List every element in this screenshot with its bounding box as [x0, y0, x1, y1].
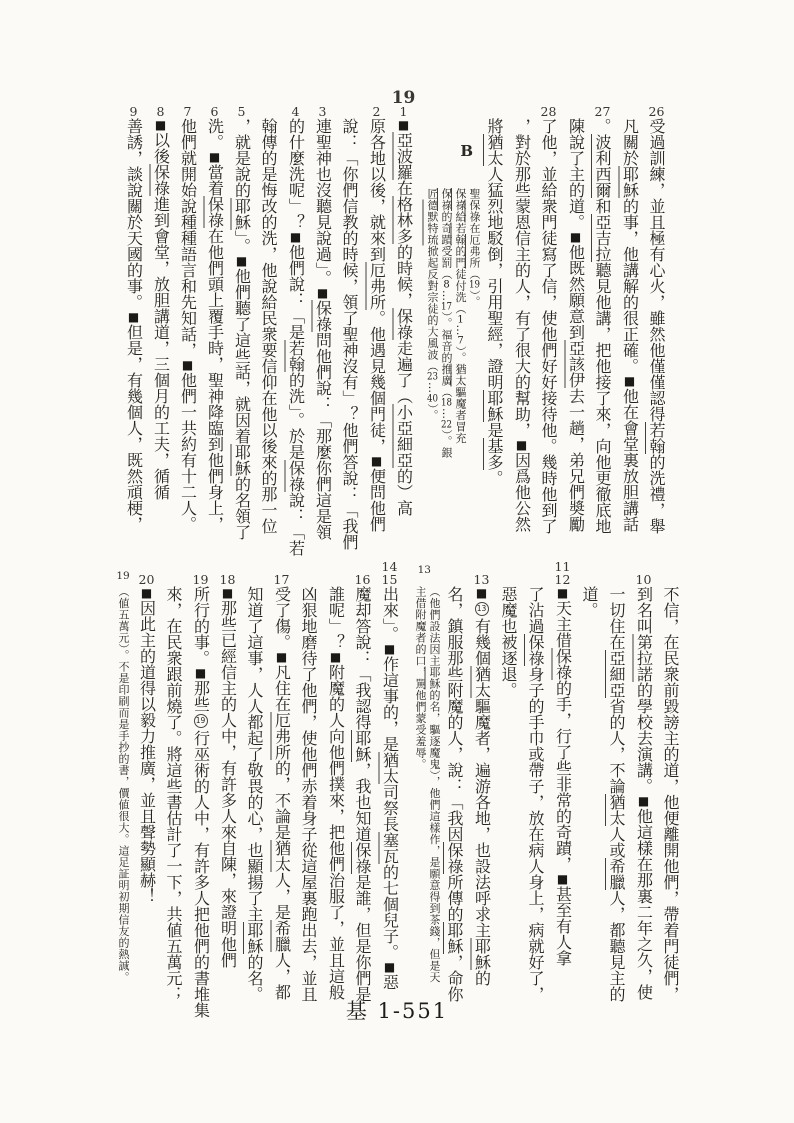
verse-start-marker: ■	[370, 454, 384, 468]
footnote-verse-13: 13 （他們設法因主耶穌的名，驅逐魔鬼），他們這樣作，是願意得到茶錢，但是天 主…	[403, 552, 441, 983]
verse-column: 14 15 出來」。■作這事的，是猶太司祭長塞瓦的七個兒子。■惡	[376, 552, 403, 990]
verse-start-marker: ■	[289, 230, 303, 244]
verse-text: 凡關於耶穌的事，他講解的很正確。■他在會堂裏放胆講話	[616, 118, 644, 532]
verse-number-label: 28	[541, 84, 557, 118]
verse-number-label: 10	[636, 552, 652, 586]
footnote-ref-13: 13	[475, 602, 489, 616]
verse-number-label: 11 12	[555, 552, 571, 586]
verse-number: 15	[382, 573, 398, 586]
verse-text: 善誘，談說關於天國的事。■但是，有幾個人，既然頑梗，	[120, 118, 148, 532]
verse-column: 4 的什麼洗呢」？■他們說：「是若翰的洗」。於是保祿說：「若	[282, 84, 309, 556]
section-outline: B 聖保祿在厄弗所（19）。 保祿給若翰的門徒付洗（1…7）。猶太驅魔者冒充 保…	[417, 84, 481, 459]
outline-column: 保祿的奇蹟受罰（8…17）。福音的推廣（18…22）。銀	[439, 188, 453, 459]
verse-start-marker: ■	[181, 358, 195, 372]
verse-text: ■天主借保祿的手，行了些非常的奇蹟，■甚至有人拿	[549, 586, 577, 966]
verse-number-label: 26	[649, 84, 665, 118]
verse-number-label: 16	[355, 552, 371, 586]
verse-start-marker: ■	[515, 438, 529, 452]
verse-number: 27	[595, 105, 611, 118]
verse-column: 說：「你們信教的時候，領了聖神沒有」？他們答說：「我們	[336, 84, 363, 550]
verse-column: 7 他們就開始說種種語言和先知話，■他們一共約有十二人。	[174, 84, 201, 532]
verse-column: 了沾過保祿身子的手巾或帶子，放在病人身上，病就好了，	[522, 552, 549, 1002]
scripture-band-top: 26 受過訓練，並且極有心火，雖然他僅僅認得若翰的洗禮，舉 凡關於耶穌的事，他講…	[120, 84, 670, 550]
verse-column: 2 原各地以後，就來到厄弗所。他遇見幾個門徒，■便問他們	[363, 84, 390, 532]
verse-start-marker: ■	[208, 150, 222, 164]
verse-text: 。波利西爾和亞吉拉聽見他講，把他接了來，向他更徹底地	[589, 118, 616, 534]
verse-column: 6 洗。■當着保祿在他們頭上覆手時，聖神降臨到他們身上，	[201, 84, 228, 532]
verse-text: 將猶太人猛烈地駁倒，引用聖經，證明耶穌是基多。	[481, 118, 508, 486]
verse-text: 洗。■當着保祿在他們頭上覆手時，聖神降臨到他們身上，	[201, 118, 229, 532]
verse-start-marker: ■	[569, 230, 583, 244]
verse-column: 13 ■13有幾個猶太驅魔者，遍游各地，也設法呼求主耶穌的	[468, 552, 495, 986]
verse-number: 3	[319, 105, 327, 118]
verse-text: ■因此主的道得以毅力推廣，並且聲勢顯赫！	[133, 586, 161, 904]
verse-column: 不信，在民衆前毀謗主的道，他便離開他們，帶着門徒們，	[657, 552, 684, 1002]
footnote-text: （値五萬元）。不是印刷而是手抄的書，價値很大。這足証明初期信友的熱誠。	[116, 586, 130, 983]
verse-number-label: 4	[292, 84, 300, 118]
verse-start-marker: ■	[556, 586, 570, 600]
verse-text: 惡魔也被逐退。	[495, 586, 522, 698]
verse-number: 12	[555, 573, 571, 586]
footnote-number: 19	[116, 570, 129, 586]
verse-text: 說：「你們信教的時候，領了聖神沒有」？他們答說：「我們	[336, 118, 363, 550]
verse-number: 19	[193, 573, 209, 586]
verse-number-label: 13	[474, 552, 490, 586]
verse-column: 20 ■因此主的道得以毅力推廣，並且聲勢顯赫！	[133, 552, 160, 904]
verse-text: 翰傳的是悔改的洗，他說給民衆要信仰在他以後來的那一位	[255, 118, 282, 534]
verse-column: 10 到名叫第拉諾的學校去演講。■他這樣在那裏二年之久，使	[630, 552, 657, 1000]
verse-column: 凡關於耶穌的事，他講解的很正確。■他在會堂裏放胆講話	[616, 84, 643, 532]
verse-number: 17	[274, 573, 290, 586]
verse-text: ■13有幾個猶太驅魔者，遍游各地，也設法呼求主耶穌的	[468, 586, 496, 986]
verse-column: 27 。波利西爾和亞吉拉聽見他講，把他接了來，向他更徹底地	[589, 84, 616, 534]
verse-number: 2	[373, 105, 381, 118]
verse-start-marker: ■	[637, 794, 651, 808]
verse-number: 28	[541, 105, 557, 118]
footnote-ref-19: 19	[194, 714, 208, 728]
verse-text: 陳說了主的道。■他既然願意到亞該伊去一趟，弟兄們奬勵	[562, 118, 590, 532]
verse-start-marker: ■	[194, 666, 208, 680]
verse-number: 13	[474, 573, 490, 586]
chapter-number-label: 19 1	[392, 84, 416, 118]
verse-column: 28 了他，並給衆門徒寫了信，使他們好好接待他。幾時他到了	[535, 84, 562, 534]
verse-number-label: 18	[220, 552, 236, 586]
verse-text: ，就是說的耶穌」。■他們聽了這些話，就因着耶穌的名領了	[228, 118, 256, 540]
verse-number-label: 5	[238, 84, 246, 118]
verse-number-label: 17	[274, 552, 290, 586]
verse-number-label: 3	[319, 84, 327, 118]
outline-column: 保祿給若翰的門徒付洗（1…7）。猶太驅魔者冒充	[453, 188, 467, 459]
verse-start-marker: ■	[221, 586, 235, 600]
verse-number: 18	[220, 573, 236, 586]
verse-start-marker: ■	[383, 960, 397, 974]
verse-column-chapter-start: 19 1 ■亞波羅在格林多的時候，保祿走遍了（小亞細亞的）高	[390, 84, 417, 516]
verse-number-label: 19	[193, 552, 209, 586]
verse-number-label: 6	[211, 84, 219, 118]
verse-number: 16	[355, 573, 371, 586]
verse-column: 名，鎮服那些附魔的人，說：「我因保祿所傳的耶穌，命你	[441, 552, 468, 1002]
verse-text: ■以後保祿進到會堂，放胆講道，三個月的工夫，循循	[147, 118, 175, 500]
outline-text: 聖保祿在厄弗所（19）。	[467, 188, 481, 308]
verse-start-marker: ■	[154, 118, 168, 132]
verse-column: 翰傳的是悔改的洗，他說給民衆要信仰在他以後來的那一位	[255, 84, 282, 534]
verse-start-marker: ■	[397, 118, 411, 132]
verse-column: 17 受了傷。■凡住在厄弗所的，不論是猶太人，是希臘人，都	[268, 552, 295, 1000]
verse-column: 將猶太人猛烈地駁倒，引用聖經，證明耶穌是基多。	[481, 84, 508, 486]
verse-text: 原各地以後，就來到厄弗所。他遇見幾個門徒，■便問他們	[363, 118, 391, 532]
verse-column: 陳說了主的道。■他既然願意到亞該伊去一趟，弟兄們奬勵	[562, 84, 589, 532]
verse-number: 6	[211, 105, 219, 118]
verse-start-marker: ■	[623, 374, 637, 388]
verse-start-marker: ■	[275, 650, 289, 664]
verse-text: 受過訓練，並且極有心火，雖然他僅僅認得若翰的洗禮，舉	[643, 118, 670, 534]
verse-text: 所行的事。■那些19行巫術的人中，有許多人把他們的書堆集	[187, 586, 215, 1018]
scripture-band-bottom: 不信，在民衆前毀謗主的道，他便離開他們，帶着門徒們， 10 到名叫第拉諾的學校去…	[113, 552, 684, 1022]
verse-column: 知道了這事，人人都起了敬畏的心，也顯揚了主耶穌的名。	[241, 552, 268, 1002]
outline-column: 聖保祿在厄弗所（19）。	[467, 188, 481, 459]
verse-text: 誰呢」？■附魔的人向他們撲來，把他們治服了，並且這般	[322, 586, 350, 1000]
page-number: 基 1-551	[0, 995, 794, 1025]
outline-text: 保祿給若翰的門徒付洗（1…7）。猶太驅魔者冒充	[453, 188, 467, 444]
verse-column: 凶狠地磨待了他們，使他們赤着身子從這屋裏跑出去，並且	[295, 552, 322, 1002]
verse-text: 道。	[576, 586, 603, 618]
first-verse-number: 1	[400, 105, 408, 118]
verse-start-marker: ■	[329, 650, 343, 664]
footnote-verse-19: 19 （値五萬元）。不是印刷而是手抄的書，價値很大。這足証明初期信友的熱誠。	[113, 552, 133, 983]
verse-column: 誰呢」？■附魔的人向他們撲來，把他們治服了，並且這般	[322, 552, 349, 1000]
verse-number-label: 14 15	[382, 552, 398, 586]
verse-text: 出來」。■作這事的，是猶太司祭長塞瓦的七個兒子。■惡	[376, 586, 404, 990]
verse-column: 19 所行的事。■那些19行巫術的人中，有許多人把他們的書堆集	[187, 552, 214, 1018]
verse-column: 惡魔也被逐退。	[495, 552, 522, 698]
verse-column: 18 ■那些已經信主的人中，有許多人來自陳，來證明他們	[214, 552, 241, 968]
verse-column: 5 ，就是說的耶穌」。■他們聽了這些話，就因着耶穌的名領了	[228, 84, 255, 540]
verse-text: 了沾過保祿身子的手巾或帶子，放在病人身上，病就好了，	[522, 586, 549, 1002]
verse-column: 9 善誘，談說關於天國的事。■但是，有幾個人，既然頑梗，	[120, 84, 147, 532]
verse-start-marker: ■	[556, 872, 570, 886]
verse-number: 8	[157, 105, 165, 118]
outline-text: 匠德默特琉掀起反對宗徒的大風波（23…40）。	[425, 188, 439, 421]
verse-text: 了他，並給衆門徒寫了信，使他們好好接待他。幾時他到了	[535, 118, 562, 534]
verse-text: 連聖神也沒聽見說過」。■保祿問他們說：「那麼你們這是領	[309, 118, 337, 540]
verse-text: 他們就開始說種種語言和先知話，■他們一共約有十二人。	[174, 118, 202, 532]
verse-start-marker: ■	[127, 310, 141, 324]
verse-number: 7	[184, 105, 192, 118]
verse-text: 來，在民衆跟前燒了。將這些書估計了一下，共値五萬元；	[160, 586, 187, 1002]
outline-text: 保祿的奇蹟受罰（8…17）。福音的推廣（18…22）。銀	[439, 188, 453, 459]
verse-column: 一切住在亞細亞省的人，不論猶太人或希臘人，都聽見主的	[603, 552, 630, 1002]
verse-column: 道。	[576, 552, 603, 618]
section-letter: B	[417, 84, 481, 160]
verse-text: 知道了這事，人人都起了敬畏的心，也顯揚了主耶穌的名。	[241, 586, 268, 1002]
verse-number-label: 2	[373, 84, 381, 118]
verse-text: 凶狠地磨待了他們，使他們赤着身子從這屋裏跑出去，並且	[295, 586, 322, 1002]
verse-column: 8 ■以後保祿進到會堂，放胆講道，三個月的工夫，循循	[147, 84, 174, 500]
verse-column: 16 魔却答說：「我認得耶穌，我也知道保祿是誰，但是你們是	[349, 552, 376, 1002]
footnote-columns: （他們設法因主耶穌的名，驅逐魔鬼），他們這樣作，是願意得到茶錢，但是天 主借附魔…	[403, 586, 441, 983]
verse-number-label: 27	[595, 84, 611, 118]
verse-column: 11 12 ■天主借保祿的手，行了些非常的奇蹟，■甚至有人拿	[549, 552, 576, 966]
verse-start-marker: ■	[140, 586, 154, 600]
verse-text: 一切住在亞細亞省的人，不論猶太人或希臘人，都聽見主的	[603, 586, 630, 1002]
verse-start-marker: ■	[316, 286, 330, 300]
verse-text: 不信，在民衆前毀謗主的道，他便離開他們，帶着門徒們，	[657, 586, 684, 1002]
verse-number-label: 20	[139, 552, 155, 586]
verse-start-marker: ■	[235, 254, 249, 268]
verse-text: 的什麼洗呢」？■他們說：「是若翰的洗」。於是保祿說：「若	[282, 118, 310, 556]
verse-column: 26 受過訓練，並且極有心火，雖然他僅僅認得若翰的洗禮，舉	[643, 84, 670, 534]
verse-number-label: 9	[130, 84, 138, 118]
verse-text: ■那些已經信主的人中，有許多人來自陳，來證明他們	[214, 586, 242, 968]
verse-column: 來，在民衆跟前燒了。將這些書估計了一下，共値五萬元；	[160, 552, 187, 1002]
outline-column: 匠德默特琉掀起反對宗徒的大風波（23…40）。	[425, 188, 439, 459]
verse-text: 名，鎮服那些附魔的人，說：「我因保祿所傳的耶穌，命你	[441, 586, 468, 1002]
section-outline-columns: 聖保祿在厄弗所（19）。 保祿給若翰的門徒付洗（1…7）。猶太驅魔者冒充 保祿的…	[417, 188, 481, 459]
verse-number: 9	[130, 105, 138, 118]
footnote-text: （他們設法因主耶穌的名，驅逐魔鬼），他們這樣作，是願意得到茶錢，但是天	[427, 586, 441, 983]
verse-number: 5	[238, 105, 246, 118]
verse-text: 到名叫第拉諾的學校去演講。■他這樣在那裏二年之久，使	[630, 586, 658, 1000]
verse-column: 3 連聖神也沒聽見說過」。■保祿問他們說：「那麼你們這是領	[309, 84, 336, 540]
verse-text: 受了傷。■凡住在厄弗所的，不論是猶太人，是希臘人，都	[268, 586, 296, 1000]
verse-start-marker: ■	[383, 642, 397, 656]
verse-number: 10	[636, 573, 652, 586]
verse-text: ，對於那些蒙恩信主的人，有了很大的幫助，■因爲他公然	[508, 118, 536, 532]
footnote-column: （他們設法因主耶穌的名，驅逐魔鬼），他們這樣作，是願意得到茶錢，但是天	[427, 586, 441, 983]
verse-number: 4	[292, 105, 300, 118]
verse-number-label: 8	[157, 84, 165, 118]
verse-text: ■亞波羅在格林多的時候，保祿走遍了（小亞細亞的）高	[390, 118, 418, 516]
footnote-text: 主借附魔者的口，駡他們蒙受羞辱。	[413, 586, 427, 770]
verse-number: 26	[649, 105, 665, 118]
book-page: 26 受過訓練，並且極有心火，雖然他僅僅認得若翰的洗禮，舉 凡關於耶穌的事，他講…	[0, 0, 794, 1123]
verse-start-marker: ■	[475, 586, 489, 600]
verse-number-label: 7	[184, 84, 192, 118]
verse-column: ，對於那些蒙恩信主的人，有了很大的幫助，■因爲他公然	[508, 84, 535, 532]
verse-text: 魔却答說：「我認得耶穌，我也知道保祿是誰，但是你們是	[349, 586, 376, 1002]
footnote-column: 主借附魔者的口，駡他們蒙受羞辱。	[413, 586, 427, 983]
footnote-number: 13	[403, 564, 441, 580]
verse-number: 20	[139, 573, 155, 586]
